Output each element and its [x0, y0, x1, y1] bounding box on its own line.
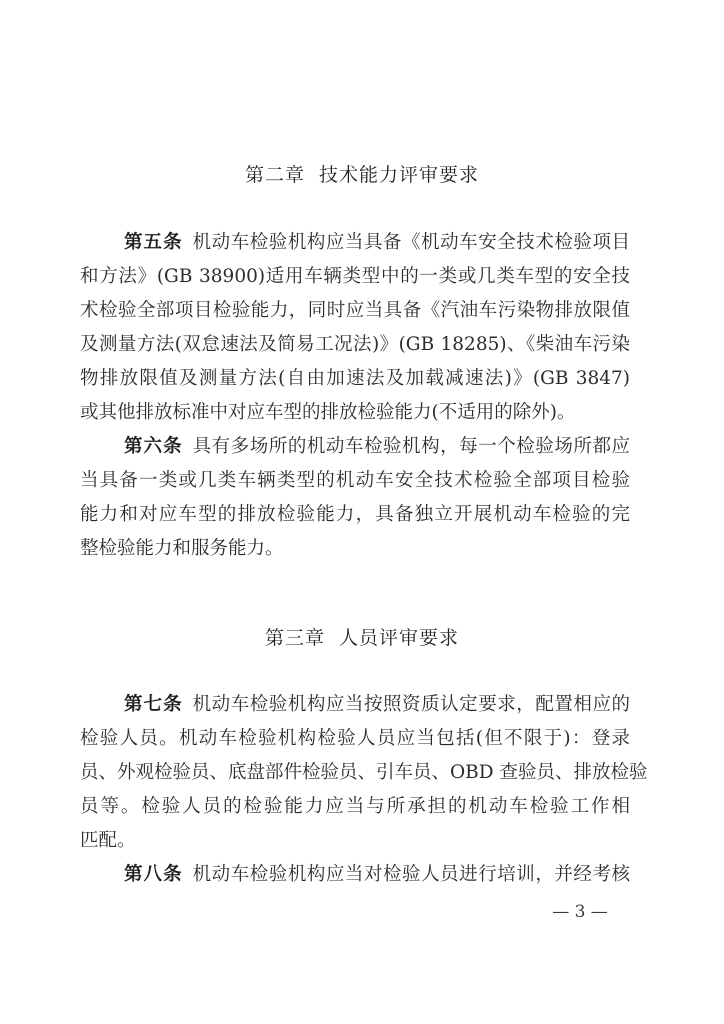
article-label: 第七条 [124, 694, 183, 715]
article-line: 整检验能力和服务能力。 [80, 532, 630, 566]
article-line: 和方法》(GB 38900)适用车辆类型中的一类或几类车型的安全技 [80, 260, 630, 294]
article-line: 员等。检验人员的检验能力应当与所承担的机动车检验工作相 [80, 790, 630, 824]
article-label: 第六条 [124, 436, 183, 457]
article-line: 能力和对应车型的排放检验能力，具备独立开展机动车检验的完 [80, 498, 630, 532]
article-5: 第五条机动车检验机构应当具备《机动车安全技术检验项目 和方法》(GB 38900… [80, 226, 630, 430]
article-line: 当具备一类或几类车辆类型的机动车安全技术检验全部项目检验 [80, 464, 630, 498]
article-text: 机动车检验机构应当按照资质认定要求，配置相应的 [193, 694, 630, 715]
article-text: 机动车检验机构应当对检验人员进行培训，并经考核 [193, 864, 630, 885]
article-6: 第六条具有多场所的机动车检验机构，每一个检验场所都应 当具备一类或几类车辆类型的… [80, 430, 630, 566]
article-text: 机动车检验机构应当具备《机动车安全技术检验项目 [193, 232, 630, 253]
chapter-title: 第三章 人员评审要求 [0, 623, 724, 650]
article-7: 第七条机动车检验机构应当按照资质认定要求，配置相应的 检验人员。机动车检验机构检… [80, 688, 630, 858]
article-line: 及测量方法(双怠速法及简易工况法)》(GB 18285)、《柴油车污染 [80, 328, 630, 362]
article-line: 第五条机动车检验机构应当具备《机动车安全技术检验项目 [80, 226, 630, 260]
chapter-title: 第二章 技术能力评审要求 [0, 160, 724, 187]
article-line: 第六条具有多场所的机动车检验机构，每一个检验场所都应 [80, 430, 630, 464]
page-number: — 3 — [540, 902, 620, 922]
article-line: 员、外观检验员、底盘部件检验员、引车员、OBD 查验员、排放检验 [80, 756, 630, 790]
article-label: 第五条 [124, 232, 183, 253]
article-line: 第七条机动车检验机构应当按照资质认定要求，配置相应的 [80, 688, 630, 722]
article-8: 第八条机动车检验机构应当对检验人员进行培训，并经考核 [80, 858, 630, 892]
article-line: 术检验全部项目检验能力，同时应当具备《汽油车污染物排放限值 [80, 294, 630, 328]
article-line: 物排放限值及测量方法(自由加速法及加载减速法)》(GB 3847) [80, 362, 630, 396]
article-line: 匹配。 [80, 824, 630, 858]
article-line: 检验人员。机动车检验机构检验人员应当包括(但不限于)：登录 [80, 722, 630, 756]
document-page: 第二章 技术能力评审要求 第五条机动车检验机构应当具备《机动车安全技术检验项目 … [0, 0, 724, 1024]
article-label: 第八条 [124, 864, 183, 885]
article-text: 具有多场所的机动车检验机构，每一个检验场所都应 [193, 436, 630, 457]
article-line: 第八条机动车检验机构应当对检验人员进行培训，并经考核 [80, 858, 630, 892]
article-line: 或其他排放标准中对应车型的排放检验能力(不适用的除外)。 [80, 396, 630, 430]
